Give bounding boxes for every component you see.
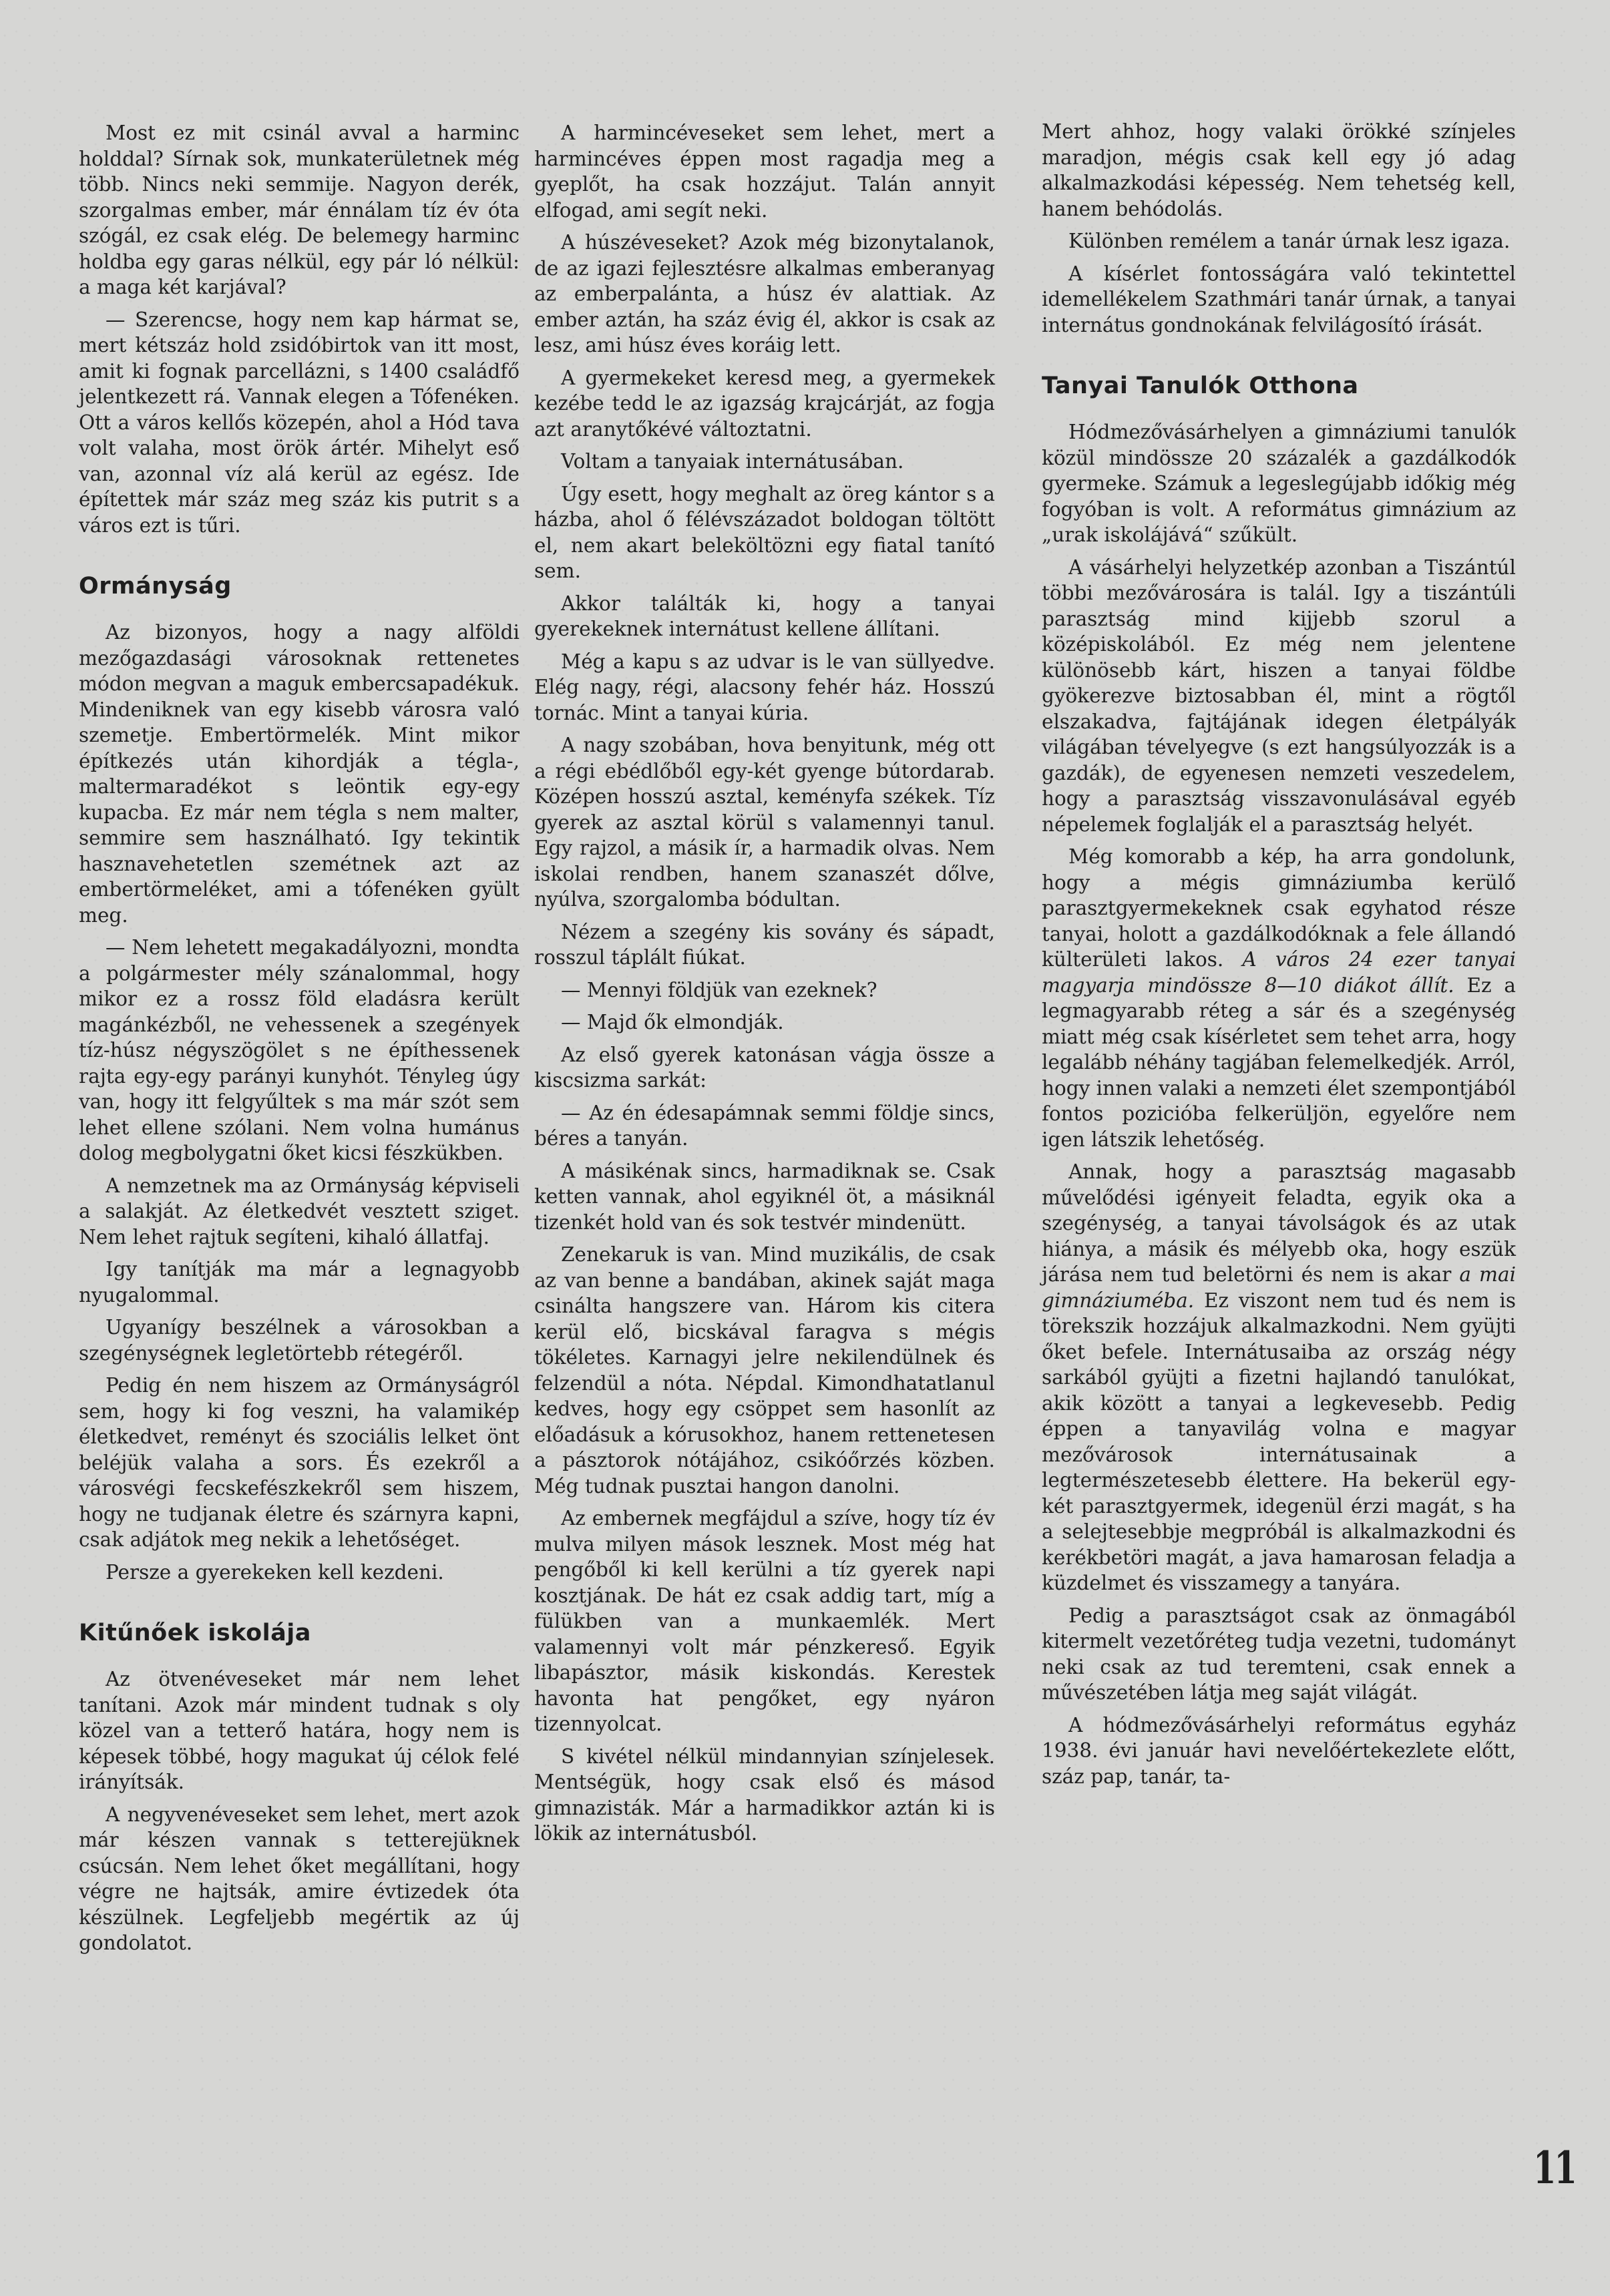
paragraph: Hódmezővásárhelyen a gimnáziumi tanulók … <box>1042 419 1516 548</box>
text: Ez viszont nem tud és nem is törekszik h… <box>1042 1289 1516 1595</box>
section-heading-tanyai-tanulok-otthona: Tanyai Tanulók Otthona <box>1042 373 1516 399</box>
dialogue-line: — Majd ők elmondják. <box>534 1009 995 1036</box>
text: Annak, hogy a parasztság magasabb művelő… <box>1042 1160 1516 1286</box>
paragraph: Még a kapu s az udvar is le van süllyedv… <box>534 649 995 726</box>
text: Ez a legmagyarabb réteg a sár és a szegé… <box>1042 974 1516 1151</box>
article-column-2: A harmincéveseket sem lehet, mert a harm… <box>534 120 995 1853</box>
dialogue-line: — Mennyi földjük van ezeknek? <box>534 977 995 1003</box>
section-heading-kitunoek-iskolaja: Kitűnőek iskolája <box>79 1620 520 1646</box>
paragraph: A másikénak sincs, harmadiknak se. Csak … <box>534 1158 995 1236</box>
section-heading-ormanysag: Ormányság <box>79 573 520 600</box>
paragraph: A harmincéveseket sem lehet, mert a harm… <box>534 120 995 223</box>
paragraph: Most ez mit csinál avval a harminc holdd… <box>79 120 520 300</box>
paragraph: Az embernek megfájdul a szíve, hogy tíz … <box>534 1506 995 1737</box>
paragraph-with-emphasis: Annak, hogy a parasztság magasabb művelő… <box>1042 1159 1516 1596</box>
article-column-1: Most ez mit csinál avval a harminc holdd… <box>79 120 520 1963</box>
paragraph: A nagy szobában, hova benyitunk, még ott… <box>534 732 995 913</box>
paragraph: Mert ahhoz, hogy valaki örökké színjeles… <box>1042 119 1516 222</box>
paragraph: Voltam a tanyaiak internátusában. <box>534 449 995 475</box>
paragraph: S kivétel nélkül mindannyian színjelesek… <box>534 1744 995 1847</box>
paragraph: Igy tanítják ma már a legnagyobb nyugalo… <box>79 1256 520 1308</box>
paragraph: — Nem lehetett megakadályozni, mondta a … <box>79 935 520 1166</box>
paragraph: Nézem a szegény kis sovány és sápadt, ro… <box>534 919 995 971</box>
paragraph-with-emphasis: Még komorabb a kép, ha arra gondolunk, h… <box>1042 844 1516 1152</box>
paragraph: Úgy esett, hogy meghalt az öreg kántor s… <box>534 481 995 584</box>
paragraph: A kísérlet fontosságára való tekintettel… <box>1042 261 1516 338</box>
paragraph: Pedig én nem hiszem az Ormányságról sem,… <box>79 1373 520 1553</box>
paragraph: A húszéveseket? Azok még bizonytalanok, … <box>534 230 995 359</box>
article-column-3: Mert ahhoz, hogy valaki örökké színjeles… <box>1042 119 1516 1796</box>
dialogue-line: — Az én édesapámnak semmi földje sincs, … <box>534 1100 995 1152</box>
paragraph: A hódmezővásárhelyi református egyház 19… <box>1042 1712 1516 1790</box>
paragraph: A vásárhelyi helyzetkép azonban a Tiszán… <box>1042 555 1516 838</box>
page-number: 11 <box>1533 2142 1575 2194</box>
paragraph: A negyvenéveseket sem lehet, mert azok m… <box>79 1802 520 1956</box>
paragraph: Az első gyerek katonásan vágja össze a k… <box>534 1042 995 1094</box>
paragraph: Különben remélem a tanár úrnak lesz igaz… <box>1042 228 1516 254</box>
paragraph: Zenekaruk is van. Mind muzikális, de csa… <box>534 1242 995 1499</box>
paragraph: — Szerencse, hogy nem kap hármat se, mer… <box>79 307 520 539</box>
paragraph: Akkor találták ki, hogy a tanyai gyereke… <box>534 591 995 642</box>
paragraph: Ugyanígy beszélnek a városokban a szegén… <box>79 1315 520 1366</box>
paragraph: A nemzetnek ma az Ormányság képviseli a … <box>79 1173 520 1250</box>
paragraph: Az bizonyos, hogy a nagy alföldi mezőgaz… <box>79 620 520 928</box>
paragraph: Az ötvenéveseket már nem lehet tanítani.… <box>79 1666 520 1795</box>
paragraph: Pedig a parasztságot csak az önmagából k… <box>1042 1603 1516 1706</box>
paragraph: Persze a gyerekeken kell kezdeni. <box>79 1560 520 1586</box>
paragraph: A gyermekeket keresd meg, a gyermekek ke… <box>534 365 995 443</box>
